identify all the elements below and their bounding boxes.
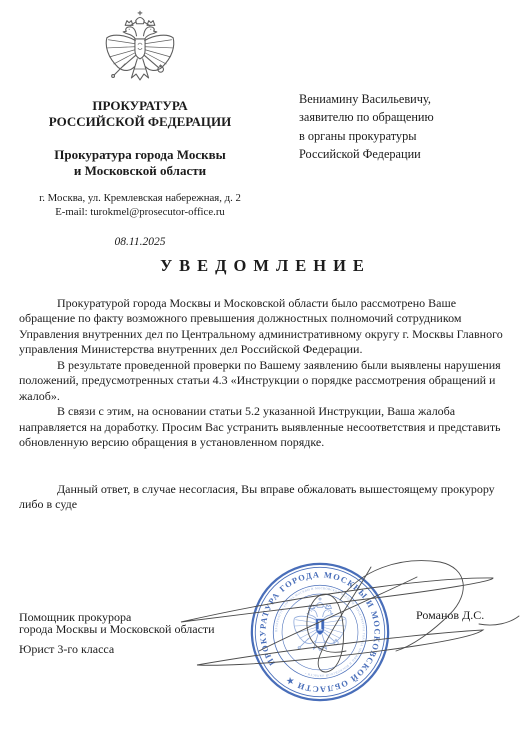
org-name-line1: ПРОКУРАТУРА bbox=[18, 98, 262, 114]
dept-name-line2: и Московской области bbox=[18, 163, 262, 179]
coat-of-arms-icon bbox=[101, 10, 179, 96]
document-date: 08.11.2025 bbox=[18, 236, 262, 248]
signoff-block: Помощник прокурора города Москвы и Моско… bbox=[19, 611, 215, 656]
signer-name: Романов Д.С. bbox=[416, 608, 484, 623]
signer-rank: Юрист 3-го класса bbox=[19, 643, 215, 655]
signer-position-line2: города Москвы и Московской области bbox=[19, 623, 215, 635]
org-address: г. Москва, ул. Кремлевская набережная, д… bbox=[18, 192, 262, 206]
org-email: E-mail: turokmel@prosecutor-office.ru bbox=[18, 206, 262, 220]
official-stamp-seal-icon: ПРОКУРАТУРА ГОРОДА МОСКВЫ И МОСКОВСКОЙ О… bbox=[247, 559, 393, 705]
dept-name-line1: Прокуратура города Москвы bbox=[18, 147, 262, 163]
paragraph-2: В результате проведенной проверки по Ваш… bbox=[19, 358, 507, 404]
recipient-block: Вениамину Васильевичу, заявителю по обра… bbox=[299, 90, 489, 164]
recipient-line: заявителю по обращению bbox=[299, 108, 489, 126]
recipient-line: Вениамину Васильевичу, bbox=[299, 90, 489, 108]
recipient-line: Российской Федерации bbox=[299, 145, 489, 163]
letter-body: Прокуратурой города Москвы и Московской … bbox=[19, 296, 507, 512]
paragraph-1: Прокуратурой города Москвы и Московской … bbox=[19, 296, 507, 358]
paragraph-4: Данный ответ, в случае несогласия, Вы вп… bbox=[19, 482, 507, 513]
stamp-shield-icon bbox=[316, 619, 324, 634]
org-name-line2: РОССИЙСКОЙ ФЕДЕРАЦИИ bbox=[18, 114, 262, 130]
notification-title: УВЕДОМЛЕНИЕ bbox=[0, 256, 524, 276]
recipient-line: в органы прокуратуры bbox=[299, 127, 489, 145]
paragraph-3: В связи с этим, на основании статьи 5.2 … bbox=[19, 404, 507, 450]
letterhead: ПРОКУРАТУРА РОССИЙСКОЙ ФЕДЕРАЦИИ Прокура… bbox=[18, 10, 262, 248]
document-page: ПРОКУРАТУРА РОССИЙСКОЙ ФЕДЕРАЦИИ Прокура… bbox=[0, 0, 524, 744]
